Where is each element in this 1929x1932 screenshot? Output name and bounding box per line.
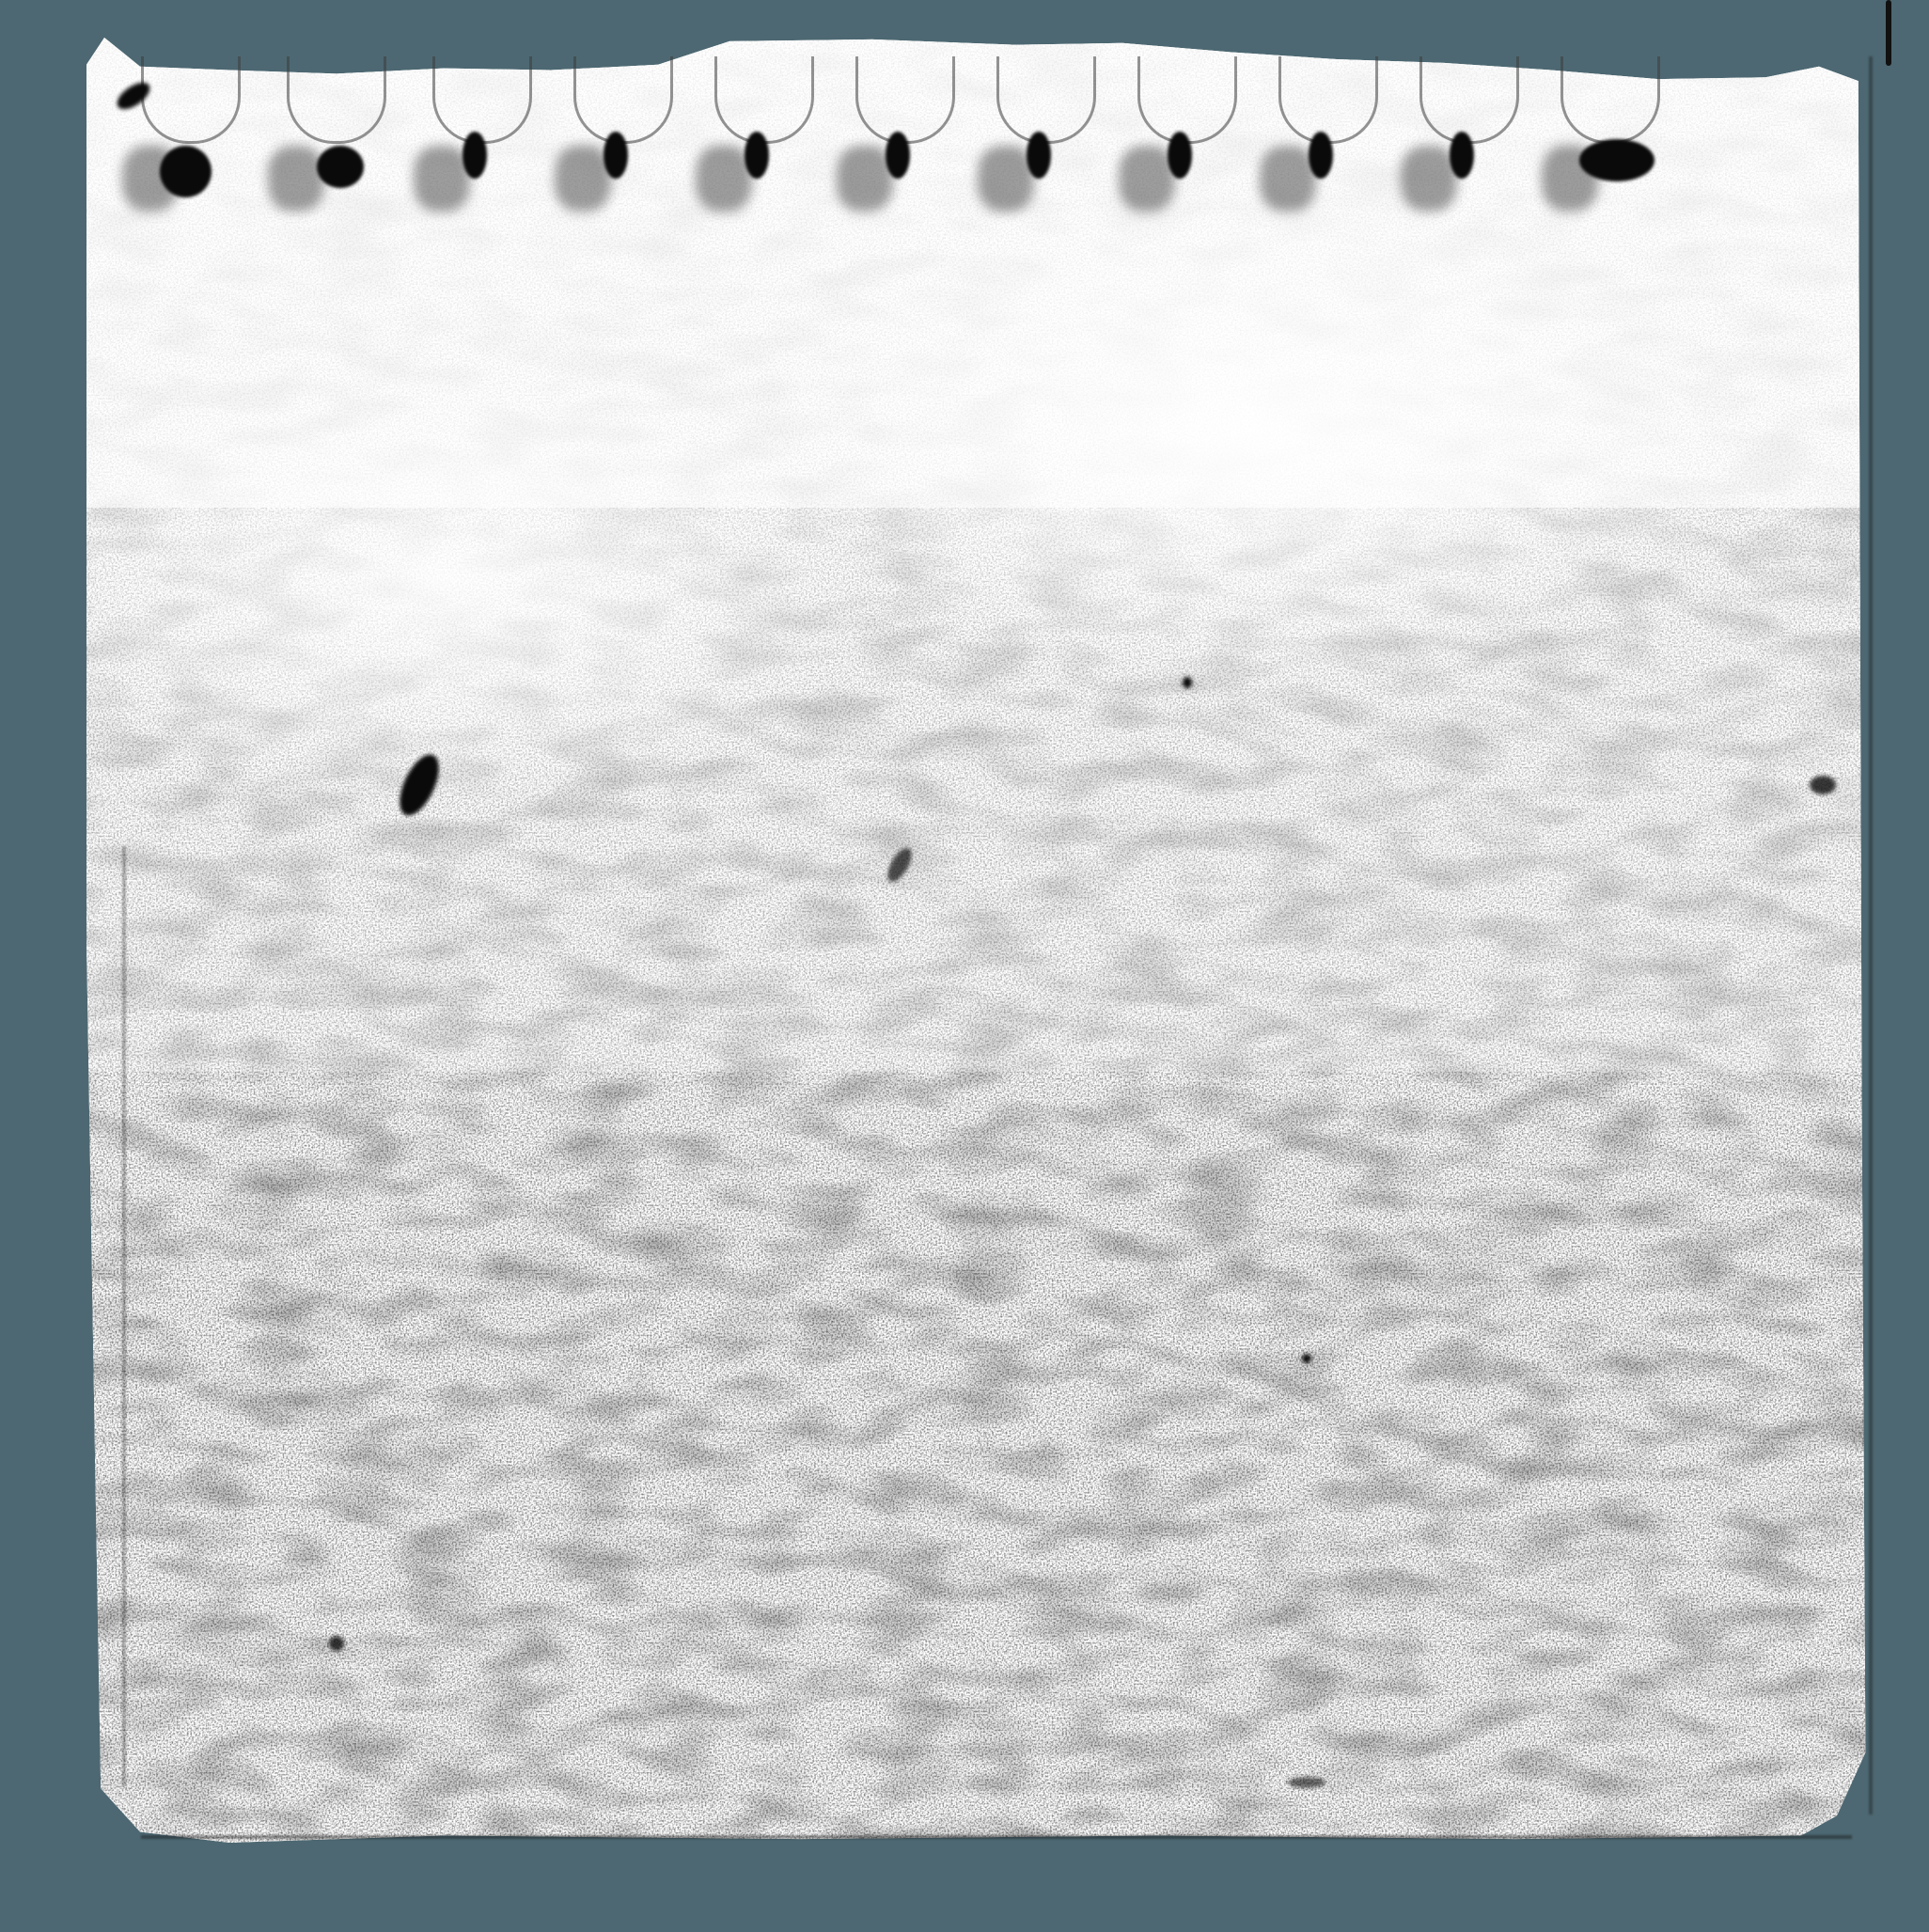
- paper-highlight: [86, 38, 1873, 1843]
- binding-hole-icon: [268, 56, 409, 197]
- canvas-background: [0, 0, 1929, 1932]
- binding-hole-icon: [1401, 56, 1542, 197]
- ink-blot: [329, 1636, 344, 1651]
- ink-blot: [1183, 677, 1192, 688]
- paper-right-edge: [1869, 56, 1873, 1814]
- binding-hole-icon: [837, 56, 978, 197]
- binding-hole-icon: [555, 56, 696, 197]
- ink-blot: [1810, 776, 1836, 794]
- ink-blot: [1302, 1354, 1311, 1363]
- spiral-binding: [122, 56, 1796, 244]
- binding-hole-icon: [1119, 56, 1260, 197]
- ink-blot: [1288, 1777, 1325, 1788]
- binding-hole-icon: [1260, 56, 1401, 197]
- paper-top-right-curl: [1886, 0, 1891, 66]
- binding-hole-icon: [978, 56, 1119, 197]
- paper-left-edge: [122, 846, 126, 1786]
- binding-hole-icon: [696, 56, 837, 197]
- binding-hole-icon: [414, 56, 555, 197]
- binding-hole-icon: [1542, 56, 1683, 197]
- paper-bottom-edge: [141, 1835, 1852, 1839]
- notepad-paper: [86, 38, 1873, 1843]
- binding-hole-icon: [122, 56, 263, 197]
